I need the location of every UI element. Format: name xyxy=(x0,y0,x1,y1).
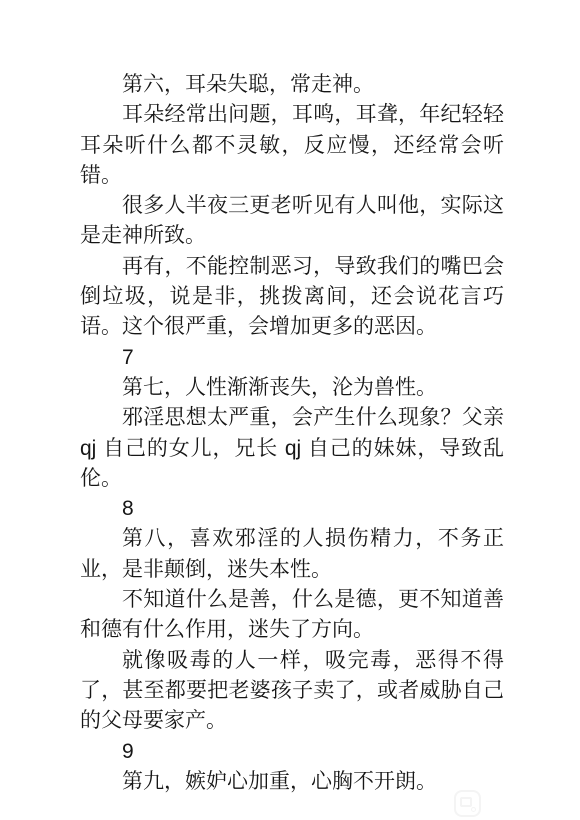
paragraph-section8-title: 第八，喜欢邪淫的人损伤精力，不务正业，是非颠倒，迷失本性。 xyxy=(80,524,504,585)
paragraph: 耳朵经常出问题，耳鸣，耳聋，年纪轻轻耳朵听什么都不灵敏，反应慢，还经常会听错。 xyxy=(80,100,504,191)
section-number-8: 8 xyxy=(80,494,504,524)
section-number-7: 7 xyxy=(80,343,504,373)
paragraph: 邪淫思想太严重，会产生什么现象？父亲 qj 自己的女儿，兄长 qj 自己的妹妹，… xyxy=(80,403,504,494)
paragraph: 再有，不能控制恶习，导致我们的嘴巴会倒垃圾，说是非，挑拨离间，还会说花言巧语。这… xyxy=(80,252,504,343)
paragraph-section6-title: 第六，耳朵失聪，常走神。 xyxy=(80,70,504,100)
paragraph-section9-title: 第九，嫉妒心加重，心胸不开朗。 xyxy=(80,767,504,797)
paragraph-section7-title: 第七，人性渐渐丧失，沦为兽性。 xyxy=(80,373,504,403)
paragraph: 不知道什么是善，什么是德，更不知道善和德有什么作用，迷失了方向。 xyxy=(80,585,504,646)
app-logo-watermark-icon xyxy=(454,790,481,817)
watermark-dot-shape xyxy=(471,807,476,812)
paragraph: 很多人半夜三更老听见有人叫他，实际这是走神所致。 xyxy=(80,191,504,252)
section-number-9: 9 xyxy=(80,737,504,767)
paragraph: 就像吸毒的人一样，吸完毒，恶得不得了，甚至都要把老婆孩子卖了，或者威胁自己的父母… xyxy=(80,646,504,737)
watermark-inner-shape xyxy=(460,797,472,807)
article-text-block: 第六，耳朵失聪，常走神。 耳朵经常出问题，耳鸣，耳聋，年纪轻轻耳朵听什么都不灵敏… xyxy=(80,70,504,797)
